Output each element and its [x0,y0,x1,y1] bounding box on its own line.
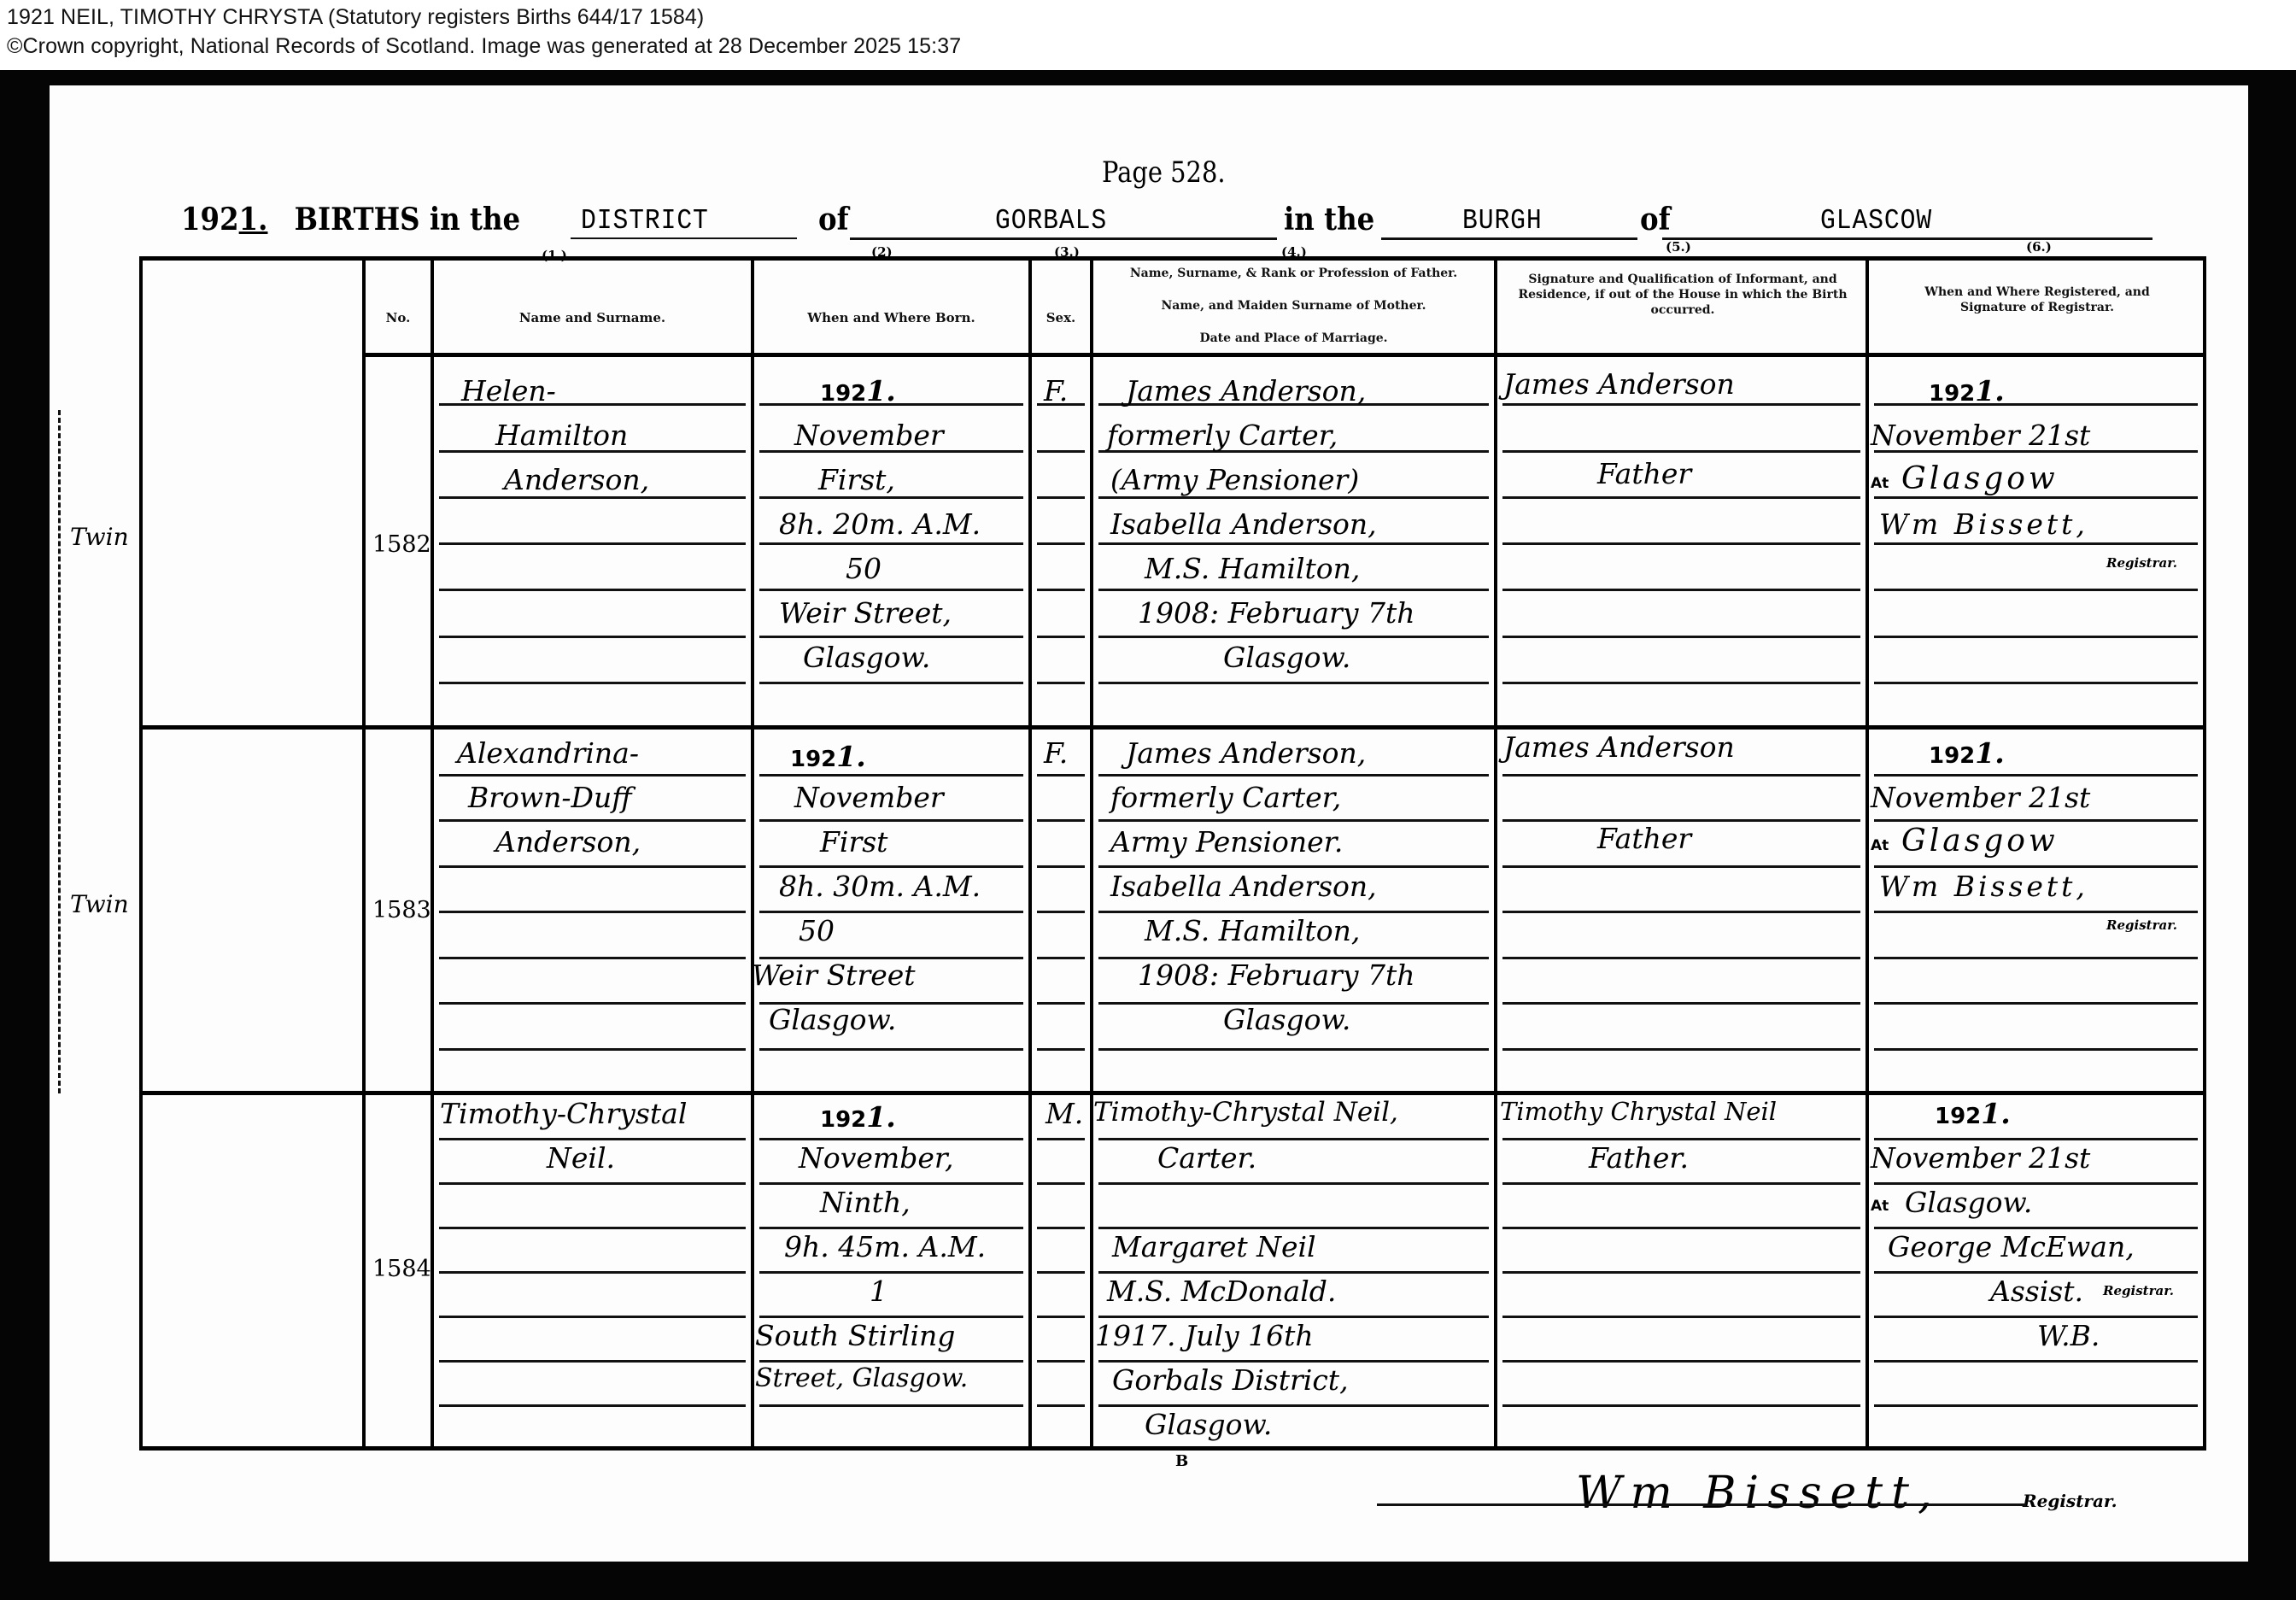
table-right-border [2203,256,2206,1451]
ruled-line [1037,1182,1085,1185]
birth-detail: 50 [846,552,881,585]
births-label: BIRTHS in the [295,202,521,237]
header-parents-marriage: Date and Place of Marriage. [1093,330,1494,347]
ruled-line [1874,636,2198,638]
birth-detail: Glasgow. [769,1003,896,1036]
parents-detail: M.S. Hamilton, [1145,914,1360,947]
birth-detail: 50 [799,914,835,947]
footer-registrar-label: Registrar. [2023,1491,2117,1511]
registration-year: 1921. [1929,374,2005,407]
ruled-line [1874,1316,2198,1318]
margin-column-border [139,256,143,1451]
informant-signature: James Anderson [1503,367,1735,401]
ruled-line [1502,957,1860,959]
ruled-line [1874,1182,2198,1185]
ruled-line [1502,774,1860,777]
ruled-line [759,1316,1023,1318]
ruled-line [439,496,746,499]
footer-signature-line [1377,1503,2026,1506]
ruled-line [1874,911,2198,913]
birth-year: 1921. [820,374,896,407]
district-name-underline [850,237,1277,240]
ruled-line [439,1182,746,1185]
child-name-line: Timothy-Chrystal [440,1097,687,1130]
birth-year: 1921. [820,1100,896,1134]
record-title: 1921 NEIL, TIMOTHY CHRYSTA (Statutory re… [7,5,704,30]
ruled-line [1037,911,1085,913]
ruled-line [1502,682,1860,684]
registrar-signature: George McEwan, [1888,1230,2135,1263]
ruled-line [1098,682,1489,684]
ruled-line [1502,1138,1860,1140]
ruled-line [759,682,1023,684]
ruled-line [439,819,746,822]
header-born: When and Where Born. [754,309,1028,326]
parents-detail: formerly Carter, [1110,781,1341,814]
registration-at-label: At [1871,1198,1889,1215]
ruled-line [1098,636,1489,638]
registered-column-border [1865,256,1869,1451]
ruled-line [439,1138,746,1140]
ruled-line [439,1271,746,1274]
footer-letter: B [1175,1452,1188,1470]
birth-detail: 8h. 20m. A.M. [779,507,981,541]
ruled-line [1874,1271,2198,1274]
ruled-line [1098,1138,1489,1140]
ruled-line [1874,403,2198,406]
child-name-line: Neil. [547,1141,615,1175]
informant-qualification: Father [1597,822,1691,855]
ruled-line [759,774,1023,777]
header-registered: When and Where Registered, and Signature… [1905,284,2170,315]
sex-column-border [1028,256,1032,1451]
ruled-line [439,774,746,777]
ruled-line [1502,1048,1860,1051]
ruled-line [1098,1360,1489,1363]
ruled-line [1098,1048,1489,1051]
informant-column-border [1494,256,1497,1451]
ruled-line [1037,636,1085,638]
registration-date: November 21st [1871,1141,2090,1175]
ruled-line [1098,1271,1489,1274]
ruled-line [759,589,1023,591]
of-label-1: of [818,202,849,237]
ruled-line [1502,1182,1860,1185]
ruled-line [1874,682,2198,684]
ruled-line [1874,957,2198,959]
birth-detail: First, [818,463,895,496]
ruled-line [1098,1182,1489,1185]
ruled-line [439,542,746,545]
page-number: Page 528. [1102,155,1226,190]
register-title: 1921. BIRTHS in the [181,202,520,237]
ruled-line [1502,911,1860,913]
parents-detail: Timothy-Chrystal Neil, [1093,1097,1398,1128]
district-type: DISTRICT [581,205,709,237]
ruled-line [1874,1360,2198,1363]
of-label-2: of [1640,202,1671,237]
birth-detail: South Stirling [755,1319,955,1352]
registration-at-label: At [1871,837,1889,854]
margin-binding-marks [58,410,64,1093]
ruled-line [1037,1227,1085,1229]
ruled-line [1098,496,1489,499]
header-parents-mother: Name, and Maiden Surname of Mother. [1093,297,1494,314]
ruled-line [759,636,1023,638]
header-bottom-border [363,353,2206,357]
ruled-line [1037,1404,1085,1407]
parents-detail: Gorbals District, [1112,1363,1349,1397]
parents-detail: Glasgow. [1223,1003,1350,1036]
sex: F. [1044,736,1068,770]
year-suffix: 1. [239,202,268,237]
child-name-line: Brown-Duff [468,781,632,814]
ruled-line [1502,496,1860,499]
registration-at-label: At [1871,475,1889,492]
child-name-line: Anderson, [504,463,649,496]
parents-detail: Carter. [1157,1141,1256,1175]
ruled-line [1874,589,2198,591]
ruled-line [1874,865,2198,868]
ruled-line [1037,1316,1085,1318]
margin-note: Twin [70,890,129,918]
informant-signature: Timothy Chrystal Neil [1500,1097,1777,1126]
ruled-line [1874,1404,2198,1407]
ruled-line [1502,1271,1860,1274]
ruled-line [1037,1048,1085,1051]
footer-registrar-signature: Wm Bissett, [1576,1468,1941,1519]
ruled-line [439,682,746,684]
birth-detail: Ninth, [820,1186,911,1219]
ruled-line [439,957,746,959]
registration-date: November 21st [1871,781,2090,814]
parents-detail: Isabella Anderson, [1110,870,1377,903]
parents-detail: Glasgow. [1145,1408,1272,1441]
ruled-line [1874,496,2198,499]
entry-number: 1583 [372,897,431,923]
birth-detail: Weir Street, [779,596,952,630]
birth-detail: First [820,825,887,859]
ruled-line [759,1138,1023,1140]
column-number-1: (1.) [542,248,567,263]
table-top-border [139,256,2206,261]
parents-detail: formerly Carter, [1107,419,1338,452]
ruled-line [759,1227,1023,1229]
ruled-line [1874,1227,2198,1229]
born-column-border [751,256,754,1451]
ruled-line [1037,1002,1085,1005]
margin-note: Twin [70,523,129,551]
registration-year: 1921. [1929,736,2005,770]
ruled-line [1037,1271,1085,1274]
ruled-line [759,819,1023,822]
burgh-type: BURGH [1462,205,1543,237]
registrar-label: Registrar. [2106,917,2177,933]
ruled-line [1098,819,1489,822]
burgh-type-underline [1381,237,1637,240]
ruled-line [1502,1002,1860,1005]
ruled-line [759,1182,1023,1185]
ruled-line [439,1404,746,1407]
ruled-line [759,911,1023,913]
ruled-line [1874,1002,2198,1005]
ruled-line [439,865,746,868]
registrar-signature: Wm Bissett, [1879,507,2088,541]
ruled-line [1098,911,1489,913]
ruled-line [1502,1227,1860,1229]
header-sex: Sex. [1032,309,1090,326]
birth-detail: Weir Street [752,958,916,992]
child-name-line: Alexandrina- [457,736,639,770]
registrar-label: Registrar. [2103,1283,2174,1298]
child-name-line: Anderson, [495,825,641,859]
registrar-initials: W.B. [2037,1319,2100,1352]
ruled-line [1874,819,2198,822]
ruled-line [1098,1316,1489,1318]
ruled-line [759,496,1023,499]
in-the-label: in the [1284,202,1374,237]
header-parents-father: Name, Surname, & Rank or Profession of F… [1093,265,1494,282]
ruled-line [759,1271,1023,1274]
ruled-line [1037,865,1085,868]
parents-detail: Margaret Neil [1112,1230,1316,1263]
image-caption-bar: 1921 NEIL, TIMOTHY CHRYSTA (Statutory re… [0,0,2296,70]
ruled-line [759,1048,1023,1051]
ruled-line [439,1360,746,1363]
ruled-line [1037,542,1085,545]
ruled-line [1037,450,1085,453]
copyright-notice: ©Crown copyright, National Records of Sc… [7,34,961,59]
parents-detail: Army Pensioner. [1110,825,1343,859]
ruled-line [1502,1404,1860,1407]
ruled-line [1037,957,1085,959]
ruled-line [759,1360,1023,1363]
record-2-bottom-border [139,1091,2206,1095]
ruled-line [1502,450,1860,453]
informant-qualification: Father [1597,457,1691,490]
ruled-line [1874,542,2198,545]
ruled-line [759,1404,1023,1407]
birth-detail: Street, Glasgow. [755,1363,968,1393]
sex: F. [1044,374,1068,407]
registration-place: Glasgow. [1905,1186,2032,1219]
ruled-line [439,1227,746,1229]
ruled-line [1037,496,1085,499]
parents-detail: 1917. July 16th [1095,1319,1314,1352]
ruled-line [1098,589,1489,591]
ruled-line [759,865,1023,868]
ruled-line [1502,542,1860,545]
table-bottom-border [139,1446,2206,1451]
parents-detail: M.S. Hamilton, [1145,552,1360,585]
burgh-name-underline [1662,237,2152,240]
ruled-line [1502,636,1860,638]
ruled-line [439,1316,746,1318]
header-informant: Signature and Qualification of Informant… [1516,272,1849,318]
ruled-line [1037,819,1085,822]
parents-detail: James Anderson, [1126,736,1366,770]
ruled-line [439,589,746,591]
district-type-underline [571,237,797,239]
no-column-border [362,256,366,1451]
year-prefix: 192 [181,202,239,237]
child-name-line: Helen- [461,374,556,407]
parents-column-border [1090,256,1093,1451]
ruled-line [1502,1360,1860,1363]
parents-detail: 1908: February 7th [1138,596,1414,630]
column-number-5: (5.) [1666,239,1691,255]
ruled-line [1502,403,1860,406]
birth-detail: 9h. 45m. A.M. [784,1230,986,1263]
informant-signature: James Anderson [1503,730,1735,764]
registrar-assistant: Assist. [1990,1275,2083,1308]
column-number-6: (6.) [2026,239,2052,255]
header-no: No. [366,309,430,326]
ruled-line [1037,1360,1085,1363]
ruled-line [1502,865,1860,868]
registration-place: Glasgow [1901,823,2059,859]
ruled-line [439,1048,746,1051]
registration-year: 1921. [1935,1097,2011,1130]
ruled-line [1098,1404,1489,1407]
ruled-line [1874,774,2198,777]
ruled-line [1502,1316,1860,1318]
ruled-line [439,1002,746,1005]
registration-place: Glasgow [1901,461,2059,496]
ruled-line [1098,774,1489,777]
ruled-line [1098,865,1489,868]
birth-detail: November [794,419,944,452]
ruled-line [1874,1048,2198,1051]
ruled-line [1037,1138,1085,1140]
ruled-line [1098,542,1489,545]
parents-detail: 1908: February 7th [1138,958,1414,992]
birth-detail: 1 [870,1275,887,1308]
parents-detail: M.S. McDonald. [1107,1275,1336,1308]
ruled-line [1037,589,1085,591]
parents-detail: (Army Pensioner) [1110,463,1359,496]
ruled-line [1037,774,1085,777]
ruled-line [439,636,746,638]
ruled-line [1037,682,1085,684]
entry-number: 1584 [372,1256,431,1282]
ruled-line [1874,1138,2198,1140]
informant-qualification: Father. [1589,1141,1689,1175]
ruled-line [439,911,746,913]
birth-year: 1921. [790,740,866,773]
parents-detail: Glasgow. [1223,641,1350,674]
parents-detail: James Anderson, [1126,374,1366,407]
burgh-name: GLASCOW [1820,205,1932,237]
child-name-line: Hamilton [495,419,628,452]
birth-detail: 8h. 30m. A.M. [779,870,981,903]
entry-number: 1582 [372,531,431,558]
birth-detail: Glasgow. [803,641,930,674]
ruled-line [759,542,1023,545]
birth-detail: November, [799,1141,954,1175]
ruled-line [1098,1227,1489,1229]
registrar-label: Registrar. [2106,555,2177,571]
district-name: GORBALS [995,205,1107,237]
ruled-line [1502,589,1860,591]
registration-date: November 21st [1871,419,2090,452]
sex: M. [1045,1097,1083,1130]
record-1-bottom-border [139,725,2206,730]
parents-detail: Isabella Anderson, [1110,507,1377,541]
birth-detail: November [794,781,944,814]
header-name: Name and Surname. [434,309,751,326]
registrar-signature: Wm Bissett, [1879,870,2088,903]
